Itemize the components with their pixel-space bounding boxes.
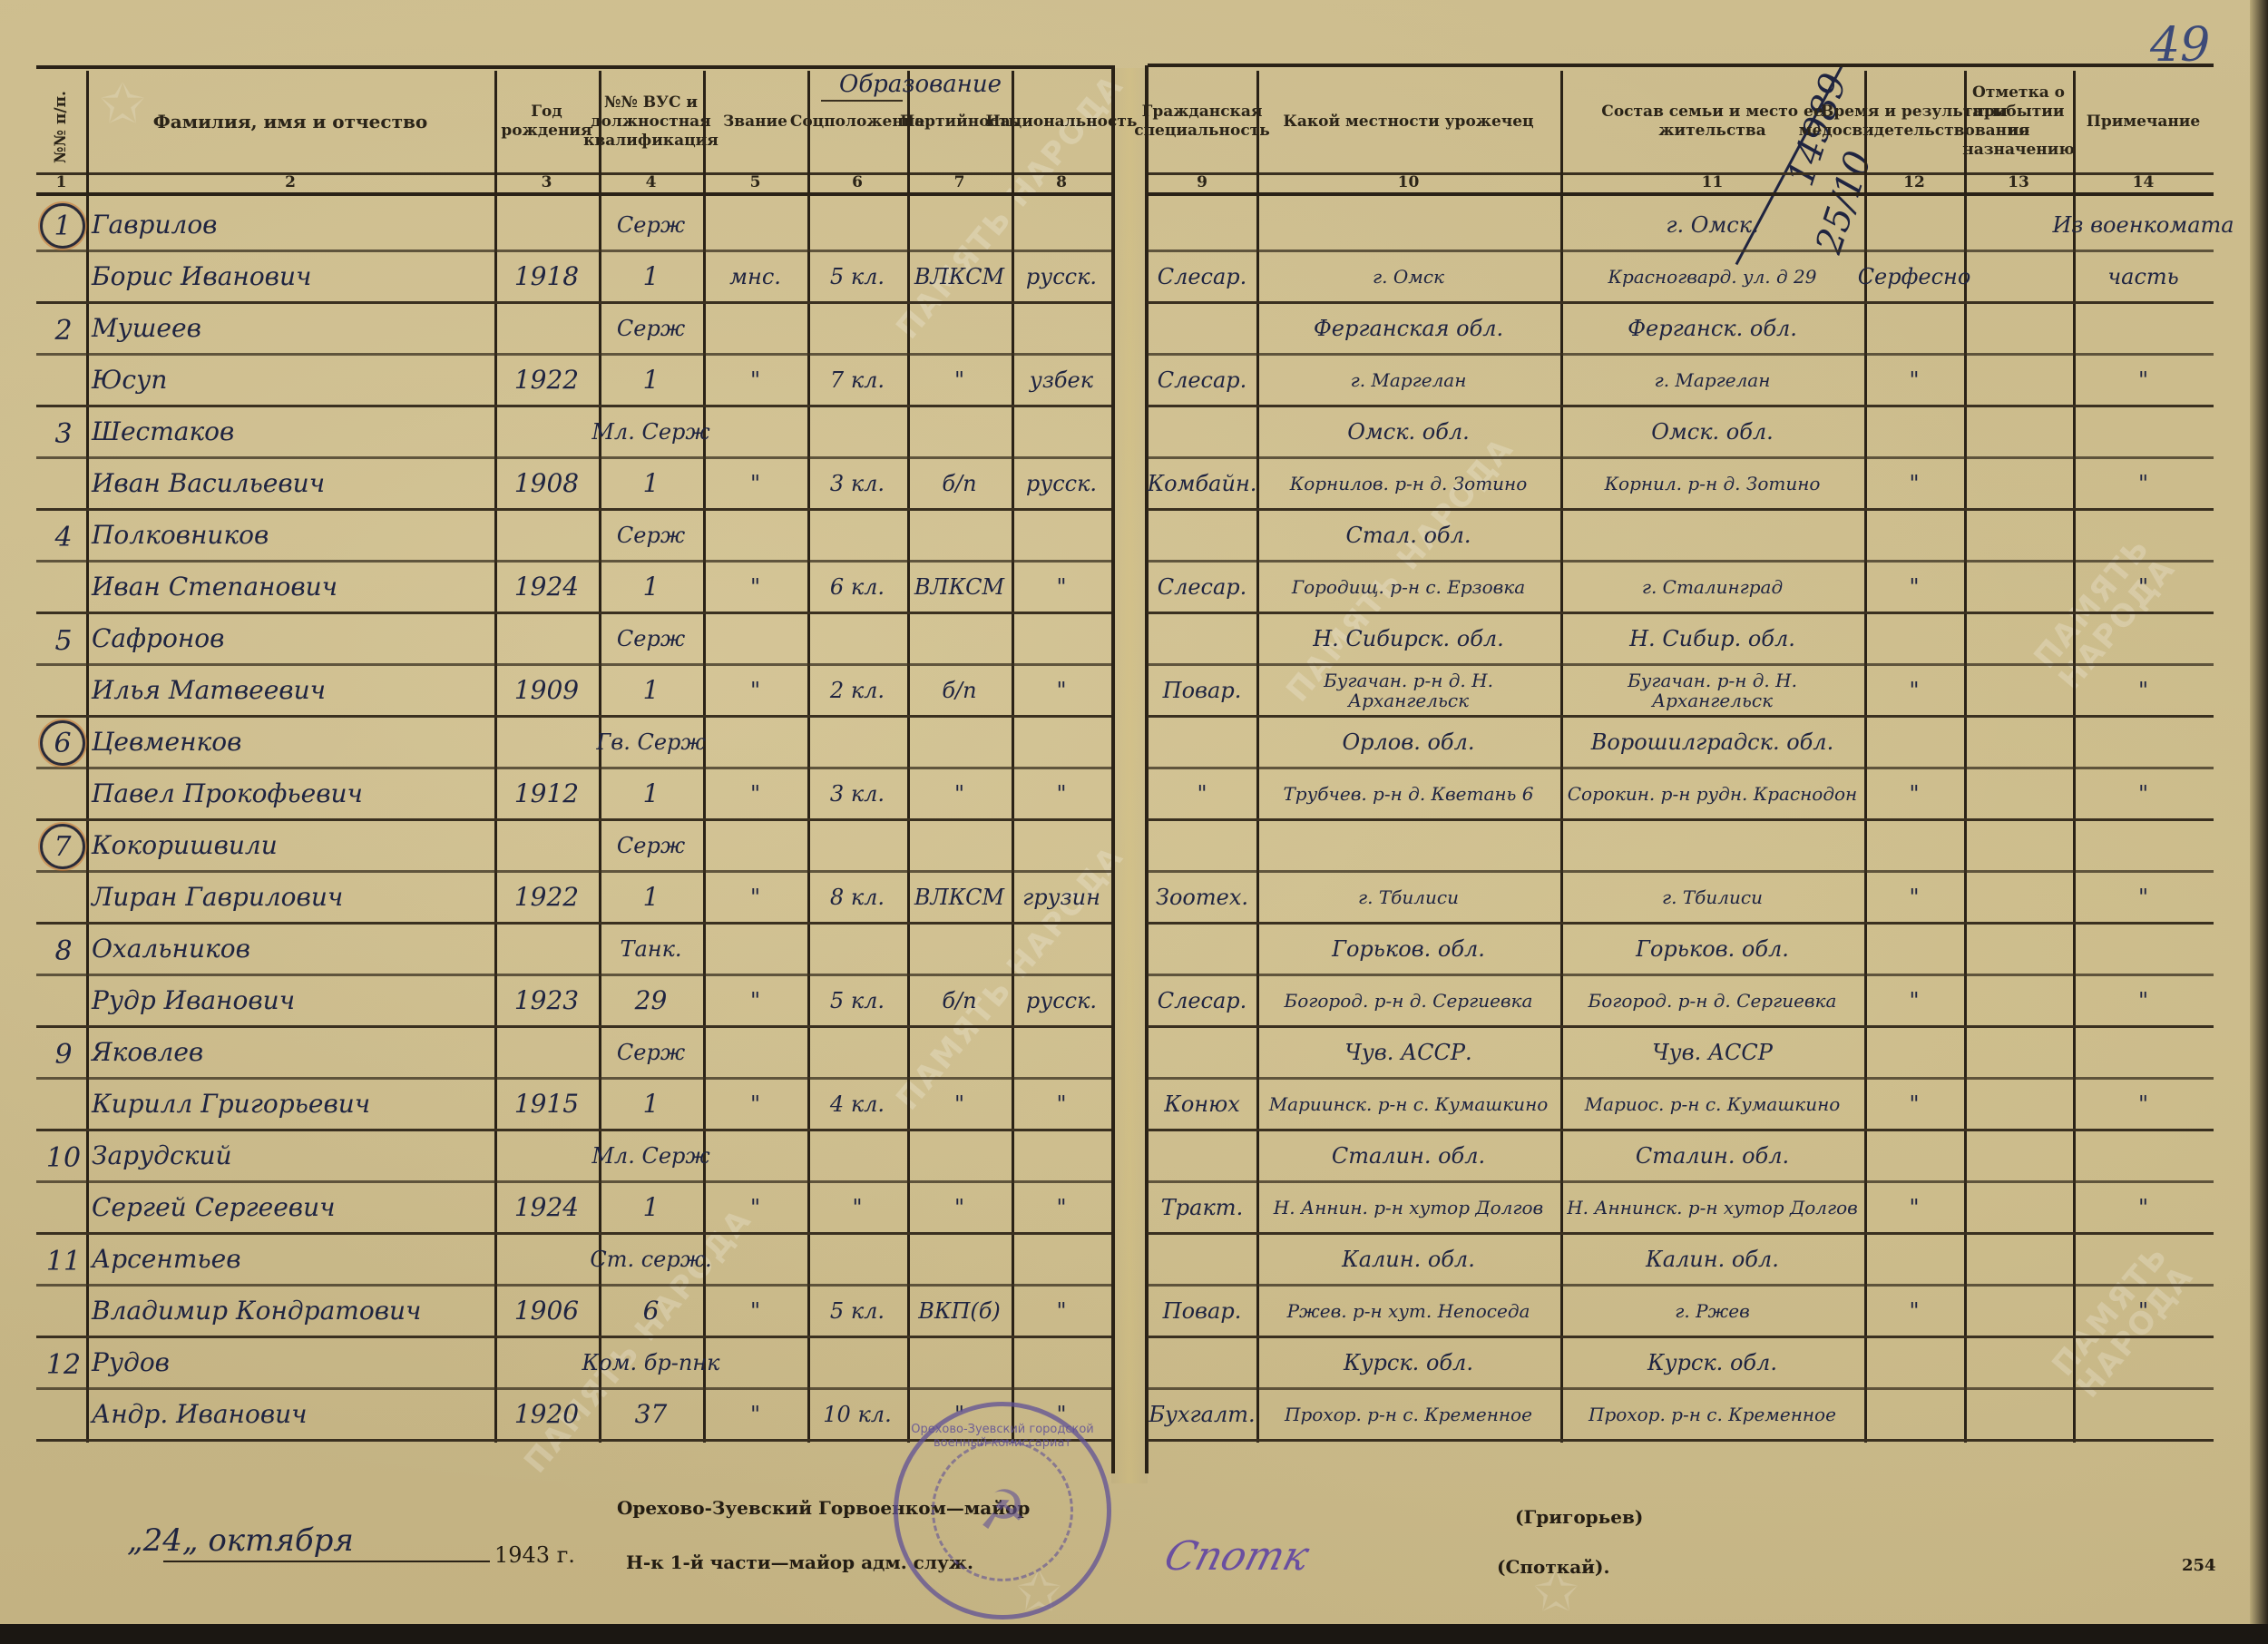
column-divider xyxy=(86,71,89,1443)
arrival-mark xyxy=(1970,460,2068,506)
origin-region: Калин. обл. xyxy=(1262,1236,1555,1282)
vus-number: 1 xyxy=(604,253,698,299)
education: 6 кл. xyxy=(813,563,902,610)
row-rule xyxy=(1148,1336,2214,1338)
column-header-c2: Фамилия, имя и отчество xyxy=(90,71,491,172)
row-rule xyxy=(36,456,1111,459)
strikethrough xyxy=(821,100,903,102)
row-rule xyxy=(1148,715,2214,718)
arrival-mark xyxy=(1970,563,2068,610)
family-address: Сорокин. р-н рудн. Краснодон xyxy=(1566,770,1859,817)
family-address: Бугачан. р-н д. Н. Архангельск xyxy=(1566,667,1859,713)
column-number: 4 xyxy=(599,172,703,192)
nationality: " xyxy=(1017,770,1106,817)
nationality: " xyxy=(1017,667,1106,713)
note-top: Из военкомата xyxy=(2078,201,2208,248)
vus-rank: Серж xyxy=(604,1029,698,1075)
column-divider xyxy=(907,71,910,1443)
education: 5 кл. xyxy=(813,977,902,1023)
row-rule xyxy=(36,870,1111,873)
row-number: 2 xyxy=(44,308,83,352)
civil-specialty: Слесар. xyxy=(1153,563,1251,610)
medical-exam: " xyxy=(1870,460,1959,506)
family-region: Ворошилградск. обл. xyxy=(1566,719,1859,765)
row-rule xyxy=(1148,1025,2214,1028)
surname: Сафронов xyxy=(92,615,489,661)
row-rule xyxy=(36,250,1111,252)
date-underline xyxy=(163,1561,490,1562)
arrival-mark xyxy=(1970,667,2068,713)
family-region: Калин. обл. xyxy=(1566,1236,1859,1282)
family-region: Н. Сибир. обл. xyxy=(1566,615,1859,661)
surname: Яковлев xyxy=(92,1029,489,1075)
family-address: г. Сталинград xyxy=(1566,563,1859,610)
civil-specialty: " xyxy=(1153,770,1251,817)
column-header-c10: Какой местности урожечец xyxy=(1260,71,1557,172)
birth-year: 1922 xyxy=(500,874,593,920)
education: 2 кл. xyxy=(813,667,902,713)
medical-exam: " xyxy=(1870,563,1959,610)
origin-region: Курск. обл. xyxy=(1262,1339,1555,1385)
note: часть xyxy=(2078,253,2208,299)
origin-locality: Корнилов. р-н д. Зотино xyxy=(1262,460,1555,506)
vus-number: 1 xyxy=(604,770,698,817)
row-rule xyxy=(36,974,1111,976)
birth-year: 1918 xyxy=(500,253,593,299)
note-top xyxy=(2078,408,2208,455)
vus-rank: Мл. Серж xyxy=(604,1132,698,1179)
rank: " xyxy=(709,1287,802,1334)
chief-name: (Споткай). xyxy=(1497,1556,1609,1578)
given-name-patronymic: Владимир Кондратович xyxy=(92,1287,489,1334)
vus-rank: Танк. xyxy=(604,925,698,972)
rule-numbers xyxy=(36,192,1111,196)
origin-locality: г. Маргелан xyxy=(1262,357,1555,403)
column-number: 5 xyxy=(703,172,807,192)
education: 10 кл. xyxy=(813,1391,902,1437)
family-region: Ферганск. обл. xyxy=(1566,305,1859,351)
family-region: Чув. АССР xyxy=(1566,1029,1859,1075)
footer-date: „24„ октября xyxy=(127,1522,354,1559)
row-rule xyxy=(36,767,1111,769)
education: 3 кл. xyxy=(813,460,902,506)
note-top xyxy=(2078,1339,2208,1385)
medical-exam: " xyxy=(1870,874,1959,920)
row-rule xyxy=(36,1129,1111,1131)
column-number: 8 xyxy=(1012,172,1111,192)
family-region: Горьков. обл. xyxy=(1566,925,1859,972)
party: ВЛКСМ xyxy=(913,253,1006,299)
note: " xyxy=(2078,563,2208,610)
given-name-patronymic: Иван Степанович xyxy=(92,563,489,610)
row-number: 1 xyxy=(40,203,85,249)
column-header-c12: Время и результаты медосвидетельствовани… xyxy=(1868,71,1960,172)
surname: Кокоришвили xyxy=(92,822,489,868)
family-address: Прохор. р-н с. Кременное xyxy=(1566,1391,1859,1437)
party: " xyxy=(913,1081,1006,1127)
row-number: 5 xyxy=(44,619,83,662)
medical-exam: " xyxy=(1870,1081,1959,1127)
column-number: 13 xyxy=(1964,172,2073,192)
note-top xyxy=(2078,615,2208,661)
note xyxy=(2078,1391,2208,1437)
column-number: 3 xyxy=(494,172,599,192)
rank: " xyxy=(709,357,802,403)
birth-year: 1915 xyxy=(500,1081,593,1127)
surname: Цевменков xyxy=(92,719,489,765)
row-rule xyxy=(1148,508,2214,511)
surname: Арсентьев xyxy=(92,1236,489,1282)
civil-specialty: Повар. xyxy=(1153,667,1251,713)
row-number: 6 xyxy=(40,720,85,766)
column-number: 6 xyxy=(807,172,907,192)
surname: Рудов xyxy=(92,1339,489,1385)
civil-specialty: Слесар. xyxy=(1153,357,1251,403)
family-address: Н. Аннинск. р-н хутор Долгов xyxy=(1566,1184,1859,1230)
column-header-c8: Национальность xyxy=(1015,71,1108,172)
note: " xyxy=(2078,667,2208,713)
origin-locality: Богород. р-н д. Сергиевка xyxy=(1262,977,1555,1023)
origin-region xyxy=(1262,822,1555,868)
nationality: " xyxy=(1017,1081,1106,1127)
column-header-c3: Год рождения xyxy=(498,71,595,172)
column-divider xyxy=(494,71,497,1443)
row-rule xyxy=(1148,1180,2214,1183)
given-name-patronymic: Сергей Сергеевич xyxy=(92,1184,489,1230)
note-top xyxy=(2078,1132,2208,1179)
column-number: 12 xyxy=(1864,172,1964,192)
row-rule xyxy=(1148,1077,2214,1080)
column-header-c13: Отметка о прибытии по назначению xyxy=(1968,71,2069,172)
column-divider xyxy=(2073,71,2076,1443)
family-address: г. Маргелан xyxy=(1566,357,1859,403)
civil-specialty: Конюх xyxy=(1153,1081,1251,1127)
origin-region: Горьков. обл. xyxy=(1262,925,1555,972)
origin-locality: Прохор. р-н с. Кременное xyxy=(1262,1391,1555,1437)
medical-exam xyxy=(1870,1391,1959,1437)
birth-year: 1920 xyxy=(500,1391,593,1437)
education: " xyxy=(813,1184,902,1230)
education: 8 кл. xyxy=(813,874,902,920)
official-stamp: Орехово-Зуевский городской военный комис… xyxy=(894,1402,1111,1620)
row-number: 11 xyxy=(44,1239,83,1283)
row-rule xyxy=(36,405,1111,407)
page-border xyxy=(1145,65,1149,1473)
given-name-patronymic: Рудр Иванович xyxy=(92,977,489,1023)
row-number: 8 xyxy=(44,929,83,973)
row-number: 10 xyxy=(44,1136,83,1179)
row-number: 7 xyxy=(40,824,85,869)
note-top xyxy=(2078,1029,2208,1075)
note: " xyxy=(2078,357,2208,403)
vus-rank: Ст. серж. xyxy=(604,1236,698,1282)
vus-number: 1 xyxy=(604,563,698,610)
signature: Спотк xyxy=(1159,1533,1314,1580)
birth-year: 1908 xyxy=(500,460,593,506)
given-name-patronymic: Андр. Иванович xyxy=(92,1391,489,1437)
nationality: " xyxy=(1017,563,1106,610)
note-top xyxy=(2078,925,2208,972)
row-rule xyxy=(36,715,1111,718)
origin-locality: Городищ. р-н с. Ерзовка xyxy=(1262,563,1555,610)
row-rule xyxy=(36,818,1111,821)
family-region: г. Омск. xyxy=(1566,201,1859,248)
page-number: 254 xyxy=(2182,1556,2216,1575)
origin-region xyxy=(1262,201,1555,248)
row-rule xyxy=(1148,250,2214,252)
medical-exam: " xyxy=(1870,1287,1959,1334)
row-rule xyxy=(1148,922,2214,925)
birth-year: 1924 xyxy=(500,1184,593,1230)
arrival-mark xyxy=(1970,1184,2068,1230)
note-top xyxy=(2078,719,2208,765)
family-region xyxy=(1566,822,1859,868)
column-divider xyxy=(807,71,810,1443)
footer-year: 1943 г. xyxy=(494,1542,575,1568)
column-header-c14: Примечание xyxy=(2077,71,2210,172)
note: " xyxy=(2078,977,2208,1023)
civil-specialty: Повар. xyxy=(1153,1287,1251,1334)
civil-specialty: Бухгалт. xyxy=(1153,1391,1251,1437)
party: б/п xyxy=(913,977,1006,1023)
rank: " xyxy=(709,667,802,713)
surname: Мушеев xyxy=(92,305,489,351)
row-number: 3 xyxy=(44,412,83,455)
origin-locality: Трубчев. р-н д. Кветань 6 xyxy=(1262,770,1555,817)
party: ВКП(б) xyxy=(913,1287,1006,1334)
vus-rank: Серж xyxy=(604,305,698,351)
note: " xyxy=(2078,874,2208,920)
note: " xyxy=(2078,1184,2208,1230)
arrival-mark xyxy=(1970,770,2068,817)
rank: " xyxy=(709,1184,802,1230)
arrival-mark xyxy=(1970,253,2068,299)
arrival-mark xyxy=(1970,1081,2068,1127)
nationality: русск. xyxy=(1017,253,1106,299)
education: 7 кл. xyxy=(813,357,902,403)
rank: " xyxy=(709,563,802,610)
column-header-c4: №№ ВУС и должностная квалификация xyxy=(602,71,699,172)
arrival-mark xyxy=(1970,1391,2068,1437)
row-rule xyxy=(36,353,1111,356)
row-rule xyxy=(36,1025,1111,1028)
given-name-patronymic: Илья Матвеевич xyxy=(92,667,489,713)
origin-locality: г. Тбилиси xyxy=(1262,874,1555,920)
row-rule xyxy=(1148,1129,2214,1131)
column-divider xyxy=(1256,71,1259,1443)
row-rule xyxy=(1148,1232,2214,1235)
emblem-icon: ☭ xyxy=(978,1479,1027,1542)
given-name-patronymic: Юсуп xyxy=(92,357,489,403)
nationality: русск. xyxy=(1017,977,1106,1023)
row-rule xyxy=(36,508,1111,511)
row-rule xyxy=(36,1387,1111,1390)
family-address: г. Ржев xyxy=(1566,1287,1859,1334)
given-name-patronymic: Кирилл Григорьевич xyxy=(92,1081,489,1127)
row-rule xyxy=(36,1336,1111,1338)
arrival-mark xyxy=(1970,874,2068,920)
row-rule xyxy=(36,301,1111,304)
rank: " xyxy=(709,770,802,817)
origin-locality: Бугачан. р-н д. Н. Архангельск xyxy=(1262,667,1555,713)
origin-locality: Н. Аннин. р-н хутор Долгов xyxy=(1262,1184,1555,1230)
vus-number: 6 xyxy=(604,1287,698,1334)
given-name-patronymic: Павел Прокофьевич xyxy=(92,770,489,817)
party: ВЛКСМ xyxy=(913,563,1006,610)
vus-rank: Серж xyxy=(604,512,698,558)
note-top xyxy=(2078,1236,2208,1282)
rank: " xyxy=(709,1391,802,1437)
vus-rank: Серж xyxy=(604,615,698,661)
civil-specialty: Тракт. xyxy=(1153,1184,1251,1230)
family-region: Омск. обл. xyxy=(1566,408,1859,455)
row-rule xyxy=(1148,663,2214,666)
row-rule xyxy=(1148,974,2214,976)
nationality: " xyxy=(1017,1287,1106,1334)
row-rule xyxy=(1148,1387,2214,1390)
row-rule xyxy=(1148,1284,2214,1287)
row-number: 4 xyxy=(44,515,83,559)
note-top xyxy=(2078,305,2208,351)
row-rule xyxy=(1148,612,2214,614)
given-name-patronymic: Борис Иванович xyxy=(92,253,489,299)
note-top xyxy=(2078,822,2208,868)
medical-exam: " xyxy=(1870,770,1959,817)
column-number: 7 xyxy=(907,172,1012,192)
column-number: 10 xyxy=(1256,172,1560,192)
vus-number: 1 xyxy=(604,460,698,506)
vus-rank: Серж xyxy=(604,822,698,868)
column-divider xyxy=(599,71,601,1443)
family-region xyxy=(1566,512,1859,558)
rule-top xyxy=(36,65,1111,69)
note-top xyxy=(2078,512,2208,558)
civil-specialty: Комбайн. xyxy=(1153,460,1251,506)
row-rule xyxy=(1148,353,2214,356)
rank: " xyxy=(709,874,802,920)
family-address: г. Тбилиси xyxy=(1566,874,1859,920)
row-rule xyxy=(1148,405,2214,407)
rule-numbers xyxy=(1148,192,2214,196)
column-number: 9 xyxy=(1148,172,1256,192)
party: ВЛКСМ xyxy=(913,874,1006,920)
nationality: грузин xyxy=(1017,874,1106,920)
row-rule xyxy=(1148,560,2214,563)
education: 4 кл. xyxy=(813,1081,902,1127)
nationality: узбек xyxy=(1017,357,1106,403)
civil-specialty: Слесар. xyxy=(1153,253,1251,299)
origin-region: Стал. обл. xyxy=(1262,512,1555,558)
family-region: Курск. обл. xyxy=(1566,1339,1859,1385)
birth-year: 1906 xyxy=(500,1287,593,1334)
column-divider xyxy=(1560,71,1563,1443)
column-number: 2 xyxy=(86,172,494,192)
birth-year: 1924 xyxy=(500,563,593,610)
note: " xyxy=(2078,1287,2208,1334)
origin-region: Чув. АССР. xyxy=(1262,1029,1555,1075)
party: " xyxy=(913,357,1006,403)
birth-year: 1922 xyxy=(500,357,593,403)
vus-number: 37 xyxy=(604,1391,698,1437)
page-gutter xyxy=(1111,68,1148,1483)
birth-year: 1909 xyxy=(500,667,593,713)
medical-exam: " xyxy=(1870,357,1959,403)
rank: " xyxy=(709,460,802,506)
note: " xyxy=(2078,460,2208,506)
row-rule xyxy=(36,922,1111,925)
origin-locality: г. Омск xyxy=(1262,253,1555,299)
row-number: 12 xyxy=(44,1343,83,1386)
education: 5 кл. xyxy=(813,253,902,299)
surname: Охальников xyxy=(92,925,489,972)
medical-exam: Серфесно xyxy=(1870,253,1959,299)
origin-region: Ферганская обл. xyxy=(1262,305,1555,351)
arrival-mark xyxy=(1970,1287,2068,1334)
origin-region: Омск. обл. xyxy=(1262,408,1555,455)
education: 3 кл. xyxy=(813,770,902,817)
medical-exam: " xyxy=(1870,1184,1959,1230)
vus-number: 1 xyxy=(604,1184,698,1230)
commissar-name: (Григорьев) xyxy=(1515,1506,1643,1528)
origin-locality: Ржев. р-н хут. Непоседа xyxy=(1262,1287,1555,1334)
surname: Гаврилов xyxy=(92,201,489,248)
row-rule xyxy=(36,663,1111,666)
column-header-c9: Гражданская специальность xyxy=(1151,71,1253,172)
arrival-mark xyxy=(1970,977,2068,1023)
row-rule xyxy=(36,1232,1111,1235)
birth-year: 1912 xyxy=(500,770,593,817)
nationality: " xyxy=(1017,1184,1106,1230)
birth-year: 1923 xyxy=(500,977,593,1023)
family-address: Мариос. р-н с. Кумашкино xyxy=(1566,1081,1859,1127)
row-rule xyxy=(36,612,1111,614)
vus-rank: Серж xyxy=(604,201,698,248)
row-rule xyxy=(36,1284,1111,1287)
origin-locality: Мариинск. р-н с. Кумашкино xyxy=(1262,1081,1555,1127)
rank: мнс. xyxy=(709,253,802,299)
given-name-patronymic: Лиран Гаврилович xyxy=(92,874,489,920)
stamp-text: Орехово-Зуевский городской военный комис… xyxy=(898,1423,1107,1450)
surname: Полковников xyxy=(92,512,489,558)
rule-top xyxy=(1148,64,2214,67)
row-rule xyxy=(1148,301,2214,304)
column-number: 14 xyxy=(2073,172,2214,192)
row-rule xyxy=(36,1077,1111,1080)
vus-number: 1 xyxy=(604,874,698,920)
family-address: Корнил. р-н д. Зотино xyxy=(1566,460,1859,506)
row-rule xyxy=(1148,767,2214,769)
party: б/п xyxy=(913,667,1006,713)
header-annotation: Образование xyxy=(839,71,1002,98)
rank: " xyxy=(709,1081,802,1127)
column-divider xyxy=(1012,71,1014,1443)
row-rule xyxy=(1148,818,2214,821)
row-rule xyxy=(36,560,1111,563)
row-number: 9 xyxy=(44,1032,83,1076)
column-divider xyxy=(703,71,706,1443)
column-number: 11 xyxy=(1560,172,1864,192)
row-rule xyxy=(36,1180,1111,1183)
vus-number: 1 xyxy=(604,357,698,403)
civil-specialty: Зоотех. xyxy=(1153,874,1251,920)
family-region: Сталин. обл. xyxy=(1566,1132,1859,1179)
vus-rank: Гв. Серж xyxy=(604,719,698,765)
party: б/п xyxy=(913,460,1006,506)
family-address: Красногвард. ул. д 29 xyxy=(1566,253,1859,299)
row-rule xyxy=(1148,456,2214,459)
origin-region: Сталин. обл. xyxy=(1262,1132,1555,1179)
page-border xyxy=(1111,65,1115,1473)
